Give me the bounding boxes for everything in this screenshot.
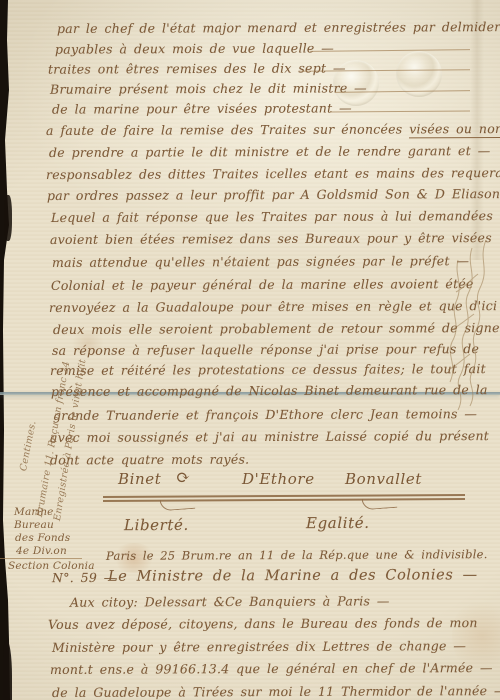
signature-bonvallet: Bonvallet	[345, 470, 422, 488]
ink-filler-rule	[300, 69, 470, 71]
left-edge-blotch-bottom	[3, 640, 12, 700]
manuscript-line: présence et accompagné de Nicolas Binet …	[51, 382, 488, 399]
closing-rule-bottom	[103, 498, 465, 501]
manuscript-line: grande Truanderie et françois D'Ethore c…	[53, 406, 477, 423]
margin-dept-line: des Fonds	[15, 532, 70, 544]
manuscript-line: avec moi soussignés et j'ai au ministre …	[50, 428, 489, 445]
margin-dept-line: Bureau	[14, 519, 54, 531]
underlined-phrase: visées ou non	[409, 121, 500, 138]
manuscript-line-text: a faute de faire la remise des Traites s…	[46, 121, 409, 138]
letter-line: Vous avez déposé, citoyens, dans le Bure…	[48, 615, 478, 632]
manuscript-line: Lequel a fait réponse que les Traites pa…	[51, 208, 500, 225]
manuscript-line: remise et réitéré les protestations ce d…	[50, 361, 486, 378]
letter-line: de la Guadeloupe à Tirées sur moi le 11 …	[52, 683, 500, 700]
signature-binet: Binet	[118, 470, 161, 488]
manuscript-line: payables à deux mois de vue laquelle —	[55, 40, 334, 56]
manuscript-line: traites ont êtres remises des le dix sep…	[48, 60, 346, 76]
margin-block-rule	[0, 558, 82, 559]
header-doc-number: N°. 59 —	[52, 570, 117, 585]
manuscript-line: par le chef de l'état major menard et en…	[57, 19, 500, 36]
header-dateline: Paris le 25 Brum.re an 11 de la Rép.que …	[106, 547, 488, 563]
registration-note-line: Centimes.	[18, 420, 39, 472]
manuscript-line: Colonial et le payeur général de la mari…	[51, 276, 474, 293]
header-title-line: Le Ministre de la Marine a des Colonies …	[108, 567, 478, 585]
signature-dethore: D'Ethore	[242, 470, 315, 488]
manuscript-line: par ordres passez a leur proffit par A G…	[47, 186, 500, 203]
letter-line: Ministère pour y être enregistrées dix L…	[52, 638, 466, 655]
header-egalite: Egalité.	[306, 514, 370, 532]
manuscript-line: Brumaire présent mois chez le dit minist…	[50, 80, 367, 96]
margin-dept-line: 4e Div.on	[16, 545, 67, 557]
signature-paraph: ⟳	[176, 468, 191, 488]
ink-filler-rule	[330, 111, 470, 113]
header-address-line: Aux citoy: Delessart &Ce Banquiers à Par…	[70, 593, 390, 609]
manuscript-line: mais attendue qu'elles n'étaient pas sig…	[52, 253, 469, 270]
rule-flourish-left	[160, 498, 196, 511]
manuscript-line: responsablez des dittes Traites icelles …	[46, 165, 500, 182]
bottom-left-notch	[0, 588, 6, 622]
header-liberte: Liberté.	[124, 516, 189, 534]
manuscript-page: par le chef de l'état major menard et en…	[0, 0, 500, 700]
manuscript-line: sa réponse à refuser laquelle réponse j'…	[52, 341, 479, 358]
manuscript-line: de prendre a partie le dit ministre et d…	[49, 143, 490, 160]
closing-rule-top	[103, 494, 465, 497]
rule-flourish-right	[362, 497, 398, 510]
manuscript-line: dont acte quatre mots rayés.	[50, 452, 249, 468]
letter-line: mont.t ens.e à 99166.13.4 que le général…	[50, 660, 493, 677]
manuscript-line: a faute de faire la remise des Traites s…	[46, 121, 500, 138]
left-edge-blotch-top	[4, 195, 12, 241]
manuscript-line: de la marine pour être visées protestant…	[52, 100, 352, 116]
manuscript-line: avoient bien étées remisez dans ses Bure…	[50, 230, 492, 247]
right-margin-script	[428, 230, 498, 420]
